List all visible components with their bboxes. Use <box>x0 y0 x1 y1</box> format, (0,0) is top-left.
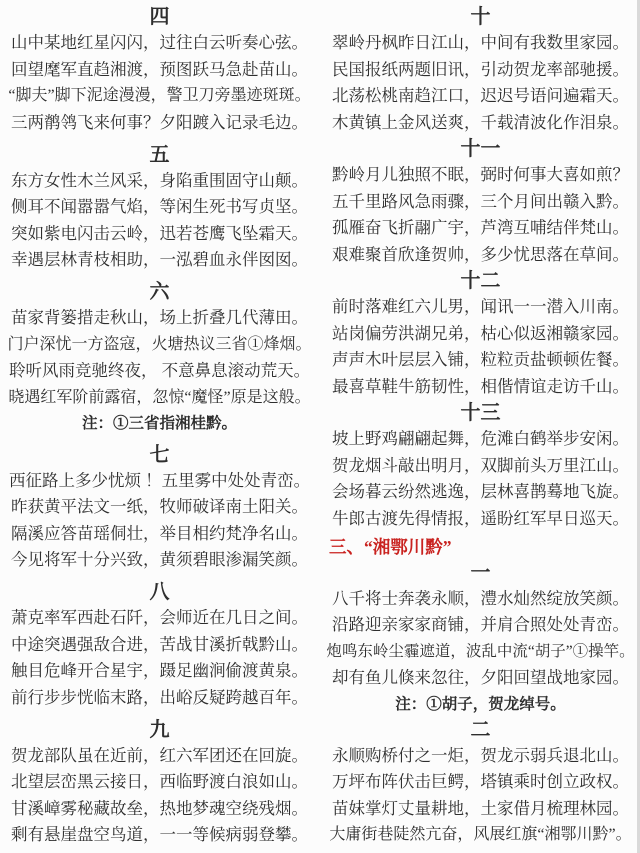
poem-line: 触目危峰开合星宇，蹑足幽涧偷渡黄泉。 <box>4 658 315 685</box>
poem-line: 坡上野鸡翩翩起舞，危滩白鹤举步安闲。 <box>325 426 636 453</box>
poem-line: 贺龙烟斗敲出明月，双脚前头万里江山。 <box>325 453 636 480</box>
poem-block: 十一黔岭月儿独照不眠，弼时何事大喜如煎？五千里路风急雨骤，三个月间出赣入黔。孤雁… <box>325 137 636 268</box>
poem-line: 前行步步恍临末路，出峪反疑跨越百年。 <box>4 685 315 712</box>
poem-line: 苗妹掌灯丈量耕地，土家借月梳理林园。 <box>325 796 636 823</box>
poem-line: 八千将士奔袭永顺，澧水灿然绽放笑颜。 <box>325 586 636 613</box>
poem-line: 木黄镇上金风送爽，千载清波化作泪泉。 <box>325 110 636 137</box>
poem-column-left: 四山中某地红星闪闪，过往白云听奏心弦。回望麾军直趋湘渡，预图跃马急赴苗山。“脚夫… <box>4 5 320 849</box>
poem-line: 站岗偏劳洪湖兄弟，枯心似返湘赣家园。 <box>325 321 636 348</box>
poem-number: 九 <box>4 718 315 743</box>
poem-line: 剩有悬崖盘空鸟道，一一等候病弱登攀。 <box>4 822 315 849</box>
poem-number: 四 <box>4 5 315 30</box>
poem-block: 九贺龙部队虽在近前，红六军团还在回旋。北望层峦黑云接日，西临野渡白浪如山。甘溪嶂… <box>4 718 315 849</box>
poem-block: 十三坡上野鸡翩翩起舞，危滩白鹤举步安闲。贺龙烟斗敲出明月，双脚前头万里江山。会场… <box>325 401 636 532</box>
poem-block: 十二前时落难红六儿男，闻讯一一潜入川南。站岗偏劳洪湖兄弟，枯心似返湘赣家园。声声… <box>325 269 636 400</box>
poem-number: 二 <box>325 718 636 743</box>
poem-line: 隔溪应答苗瑶侗壮，举目相约梵净名山。 <box>4 521 315 548</box>
poem-note: 注：①三省指湘桂黔。 <box>4 411 315 436</box>
poem-line: 门户深忧一方盗寇，火塘热议三省①烽烟。 <box>4 332 315 359</box>
poem-line: 会场暮云纷然逃逸，层林喜鹊蓦地飞旋。 <box>325 479 636 506</box>
poem-line: 大庸街巷陡然亢奋，风展红旗“湘鄂川黔”。 <box>325 822 636 849</box>
poem-number: 七 <box>4 443 315 468</box>
poem-number: 八 <box>4 580 315 605</box>
poem-block: 五东方女性木兰风采，身陷重围固守山颠。侧耳不闻嚣嚣气焰，等闲生死书写贞坚。突如紫… <box>4 143 315 274</box>
poem-line: 黔岭月儿独照不眠，弼时何事大喜如煎？ <box>325 162 636 189</box>
poem-line: 万坪布阵伏击巨鳄，塔镇乘时创立政权。 <box>325 769 636 796</box>
poem-line: 东方女性木兰风采，身陷重围固守山颠。 <box>4 168 315 195</box>
poem-line: 炮鸣东岭尘霾遮道，波乱中流“胡子”①操竿。 <box>325 639 636 666</box>
poem-line: 三两鹡鸰飞来何事？夕阳踱入记录毛边。 <box>4 110 315 137</box>
poem-line: 翠岭丹枫昨日江山，中间有我数里家园。 <box>325 30 636 57</box>
poem-line: 牛郎古渡先得情报，遥盼红军早日巡天。 <box>325 506 636 533</box>
poem-line: 五千里路风急雨骤，三个月间出赣入黔。 <box>325 189 636 216</box>
poem-line: 艰难聚首欣逢贺帅，多少忧思落在草间。 <box>325 242 636 269</box>
poem-line: 萧克率军西赴石阡，会师近在几日之间。 <box>4 605 315 632</box>
poem-line: 北望层峦黑云接日，西临野渡白浪如山。 <box>4 769 315 796</box>
poem-block: 二永顺购桥付之一炬，贺龙示弱兵退北山。万坪布阵伏击巨鳄，塔镇乘时创立政权。苗妹掌… <box>325 718 636 849</box>
poem-line: 回望麾军直趋湘渡，预图跃马急赴苗山。 <box>4 57 315 84</box>
poem-line: 聆听风雨竞驰终夜， 不意鼻息滚动荒天。 <box>4 358 315 385</box>
poem-block: 七西征路上多少忧烦 ！五里雾中处处青峦。昨获黄平法文一纸，牧师破译南土阳关。隔溪… <box>4 443 315 574</box>
poem-line: 北荡松桃南趋江口，迟迟号语问遍霜天。 <box>325 83 636 110</box>
poem-number: 十三 <box>325 401 636 426</box>
poem-number: 十二 <box>325 269 636 294</box>
poem-line: 甘溪嶂雾秘藏故垒，热地梦魂空绕残烟。 <box>4 796 315 823</box>
poem-line: 幸遇层林青枝相助，一泓碧血永伴囡囡。 <box>4 247 315 274</box>
poem-number: 十一 <box>325 137 636 162</box>
poem-line: 前时落难红六儿男，闻讯一一潜入川南。 <box>325 294 636 321</box>
poem-line: 晓遇红军阶前露宿，忽惊“魔怪”原是这般。 <box>4 385 315 412</box>
poem-line: 西征路上多少忧烦 ！五里雾中处处青峦。 <box>4 468 315 495</box>
poem-block: 四山中某地红星闪闪，过往白云听奏心弦。回望麾军直趋湘渡，预图跃马急赴苗山。“脚夫… <box>4 5 315 136</box>
poem-number: 六 <box>4 280 315 305</box>
poem-line: 却有鱼儿倏来忽往，夕阳回望战地家园。 <box>325 665 636 692</box>
poem-line: 贺龙部队虽在近前，红六军团还在回旋。 <box>4 743 315 770</box>
section-heading: 三、“湘鄂川黔” <box>325 534 636 560</box>
poem-line: “脚夫”脚下泥途漫漫，警卫刀旁墨迹斑斑。 <box>4 83 315 110</box>
poem-note: 注：①胡子，贺龙绰号。 <box>325 692 636 717</box>
poem-block: 一八千将士奔袭永顺，澧水灿然绽放笑颜。沿路迎亲家家商铺，并肩合照处处青峦。炮鸣东… <box>325 561 636 717</box>
poem-line: 山中某地红星闪闪，过往白云听奏心弦。 <box>4 30 315 57</box>
poem-line: 沿路迎亲家家商铺，并肩合照处处青峦。 <box>325 612 636 639</box>
poem-number: 十 <box>325 5 636 30</box>
poem-line: 侧耳不闻嚣嚣气焰，等闲生死书写贞坚。 <box>4 194 315 221</box>
poem-column-right: 十翠岭丹枫昨日江山，中间有我数里家园。民国报纸两题旧讯，引动贺龙率部驰援。北荡松… <box>320 5 636 849</box>
poem-block: 十翠岭丹枫昨日江山，中间有我数里家园。民国报纸两题旧讯，引动贺龙率部驰援。北荡松… <box>325 5 636 136</box>
poem-line: 今见将军十分兴致，黄须碧眼渗漏笑颜。 <box>4 547 315 574</box>
poem-line: 声声木叶层层入铺，粒粒贡盐顿顿佐餐。 <box>325 347 636 374</box>
poem-number: 五 <box>4 143 315 168</box>
poem-line: 昨获黄平法文一纸，牧师破译南土阳关。 <box>4 494 315 521</box>
poem-line: 孤雁奋飞折翮广宇，芦湾互哺结伴梵山。 <box>325 215 636 242</box>
poem-number: 一 <box>325 561 636 586</box>
poem-line: 突如紫电闪击云岭，迅若苍鹰飞坠霜天。 <box>4 221 315 248</box>
poem-line: 民国报纸两题旧讯，引动贺龙率部驰援。 <box>325 57 636 84</box>
poem-block: 八萧克率军西赴石阡，会师近在几日之间。中途突遇强敌合进，苦战甘溪折戟黔山。触目危… <box>4 580 315 711</box>
poem-line: 最喜草鞋牛筋韧性，相偕情谊走访千山。 <box>325 374 636 401</box>
poem-line: 永顺购桥付之一炬，贺龙示弱兵退北山。 <box>325 743 636 770</box>
poem-block: 六苗家背篓措走秋山，场上折叠几代薄田。门户深忧一方盗寇，火塘热议三省①烽烟。聆听… <box>4 280 315 436</box>
poem-line: 中途突遇强敌合进，苦战甘溪折戟黔山。 <box>4 632 315 659</box>
document-page: 四山中某地红星闪闪，过往白云听奏心弦。回望麾军直趋湘渡，预图跃马急赴苗山。“脚夫… <box>0 0 640 853</box>
poem-line: 苗家背篓措走秋山，场上折叠几代薄田。 <box>4 305 315 332</box>
